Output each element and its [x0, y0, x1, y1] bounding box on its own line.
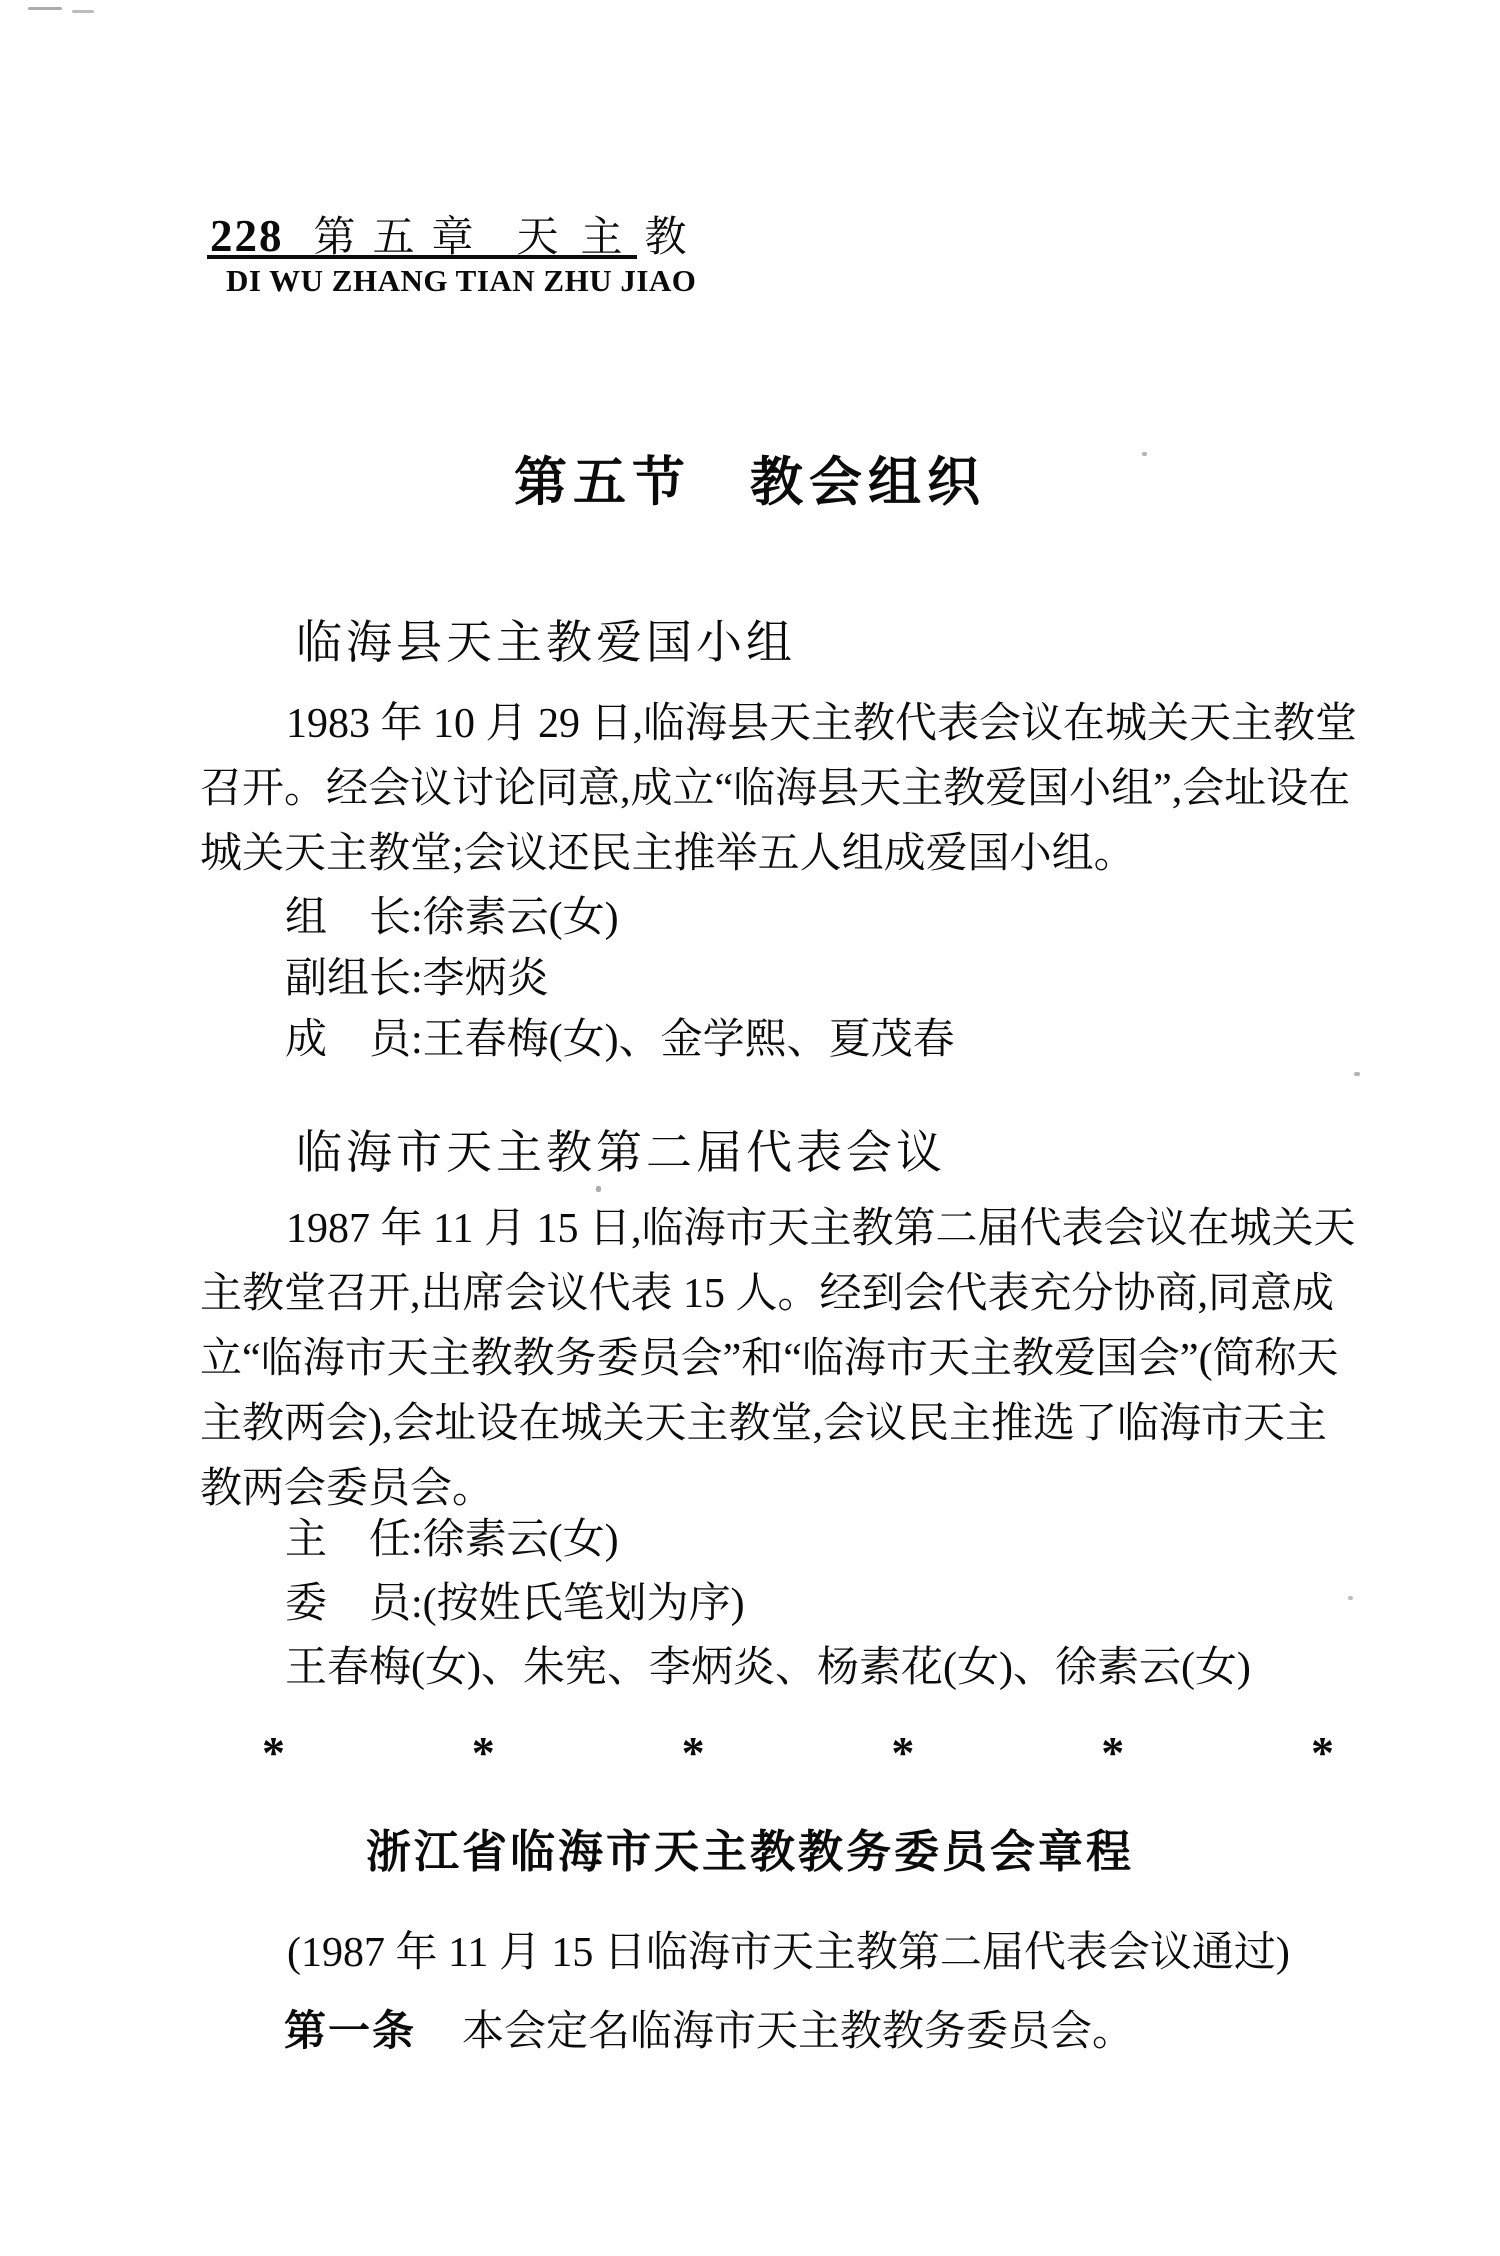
asterisk: *	[891, 1726, 914, 1779]
scan-speck	[72, 10, 94, 13]
roster-line-members: 成 员:王春梅(女)、金学熙、夏茂春	[285, 1010, 955, 1071]
paragraph-line: 主教堂召开,出席会议代表 15 人。经到会代表充分协商,同意成	[200, 1262, 1400, 1327]
asterisk: *	[1101, 1726, 1124, 1779]
asterisk: *	[262, 1726, 285, 1779]
scan-speck	[1348, 1596, 1353, 1600]
header-rule	[207, 255, 637, 259]
book-page: 228 第五章 天主教 DI WU ZHANG TIAN ZHU JIAO 第五…	[0, 0, 1500, 2256]
charter-adoption-note: (1987 年 11 月 15 日临海市天主教第二届代表会议通过)	[287, 1922, 1290, 1984]
scan-speck	[1354, 1072, 1360, 1076]
committee-members-line: 王春梅(女)、朱宪、李炳炎、杨素花(女)、徐素云(女)	[285, 1636, 1251, 1700]
paragraph-line: 主教两会),会址设在城关天主教堂,会议民主推选了临海市天主	[200, 1392, 1400, 1457]
paragraph-line: 立“临海市天主教教务委员会”和“临海市天主教爱国会”(简称天	[200, 1327, 1400, 1392]
charter-article-1: 第一条 本会定名临海市天主教教务委员会。	[284, 2000, 1134, 2062]
asterisk: *	[1311, 1726, 1334, 1779]
scan-speck	[28, 7, 62, 10]
roster-line-deputy-leader: 副组长:李炳炎	[285, 949, 955, 1010]
asterisk: *	[682, 1726, 705, 1779]
roster-line-leader: 组 长:徐素云(女)	[285, 888, 955, 949]
roster-committee: 主 任:徐素云(女) 委 员:(按姓氏笔划为序)	[285, 1508, 745, 1636]
section-title: 第五节 教会组织	[0, 440, 1500, 516]
roster-group-leaders: 组 长:徐素云(女) 副组长:李炳炎 成 员:王春梅(女)、金学熙、夏茂春	[285, 888, 955, 1071]
asterisk: *	[472, 1726, 495, 1779]
paragraph-line: 1987 年 11 月 15 日,临海市天主教第二届代表会议在城关天	[200, 1197, 1400, 1262]
charter-title: 浙江省临海市天主教教务委员会章程	[0, 1815, 1500, 1880]
roster-line-committee-note: 委 员:(按姓氏笔划为序)	[285, 1572, 745, 1636]
subsection-heading-second-congress: 临海市天主教第二届代表会议	[296, 1116, 946, 1182]
paragraph-line: 召开。经会议讨论同意,成立“临海县天主教爱国小组”,会址设在	[200, 757, 1400, 822]
subsection-heading-patriotic-group: 临海县天主教爱国小组	[296, 606, 796, 672]
paragraph-2: 1987 年 11 月 15 日,临海市天主教第二届代表会议在城关天 主教堂召开…	[200, 1197, 1400, 1522]
article-1-label: 第一条	[284, 2000, 416, 2062]
asterisk-separator: * * * * * *	[262, 1726, 1334, 1779]
scan-speck	[596, 1186, 601, 1192]
paragraph-line: 城关天主教堂;会议还民主推举五人组成爱国小组。	[200, 822, 1400, 887]
article-1-text: 本会定名临海市天主教教务委员会。	[462, 2001, 1134, 2063]
roster-line-director: 主 任:徐素云(女)	[285, 1508, 745, 1572]
paragraph-line: 1983 年 10 月 29 日,临海县天主教代表会议在城关天主教堂	[200, 692, 1400, 757]
paragraph-1: 1983 年 10 月 29 日,临海县天主教代表会议在城关天主教堂 召开。经会…	[200, 692, 1400, 887]
chapter-pinyin: DI WU ZHANG TIAN ZHU JIAO	[226, 263, 696, 299]
